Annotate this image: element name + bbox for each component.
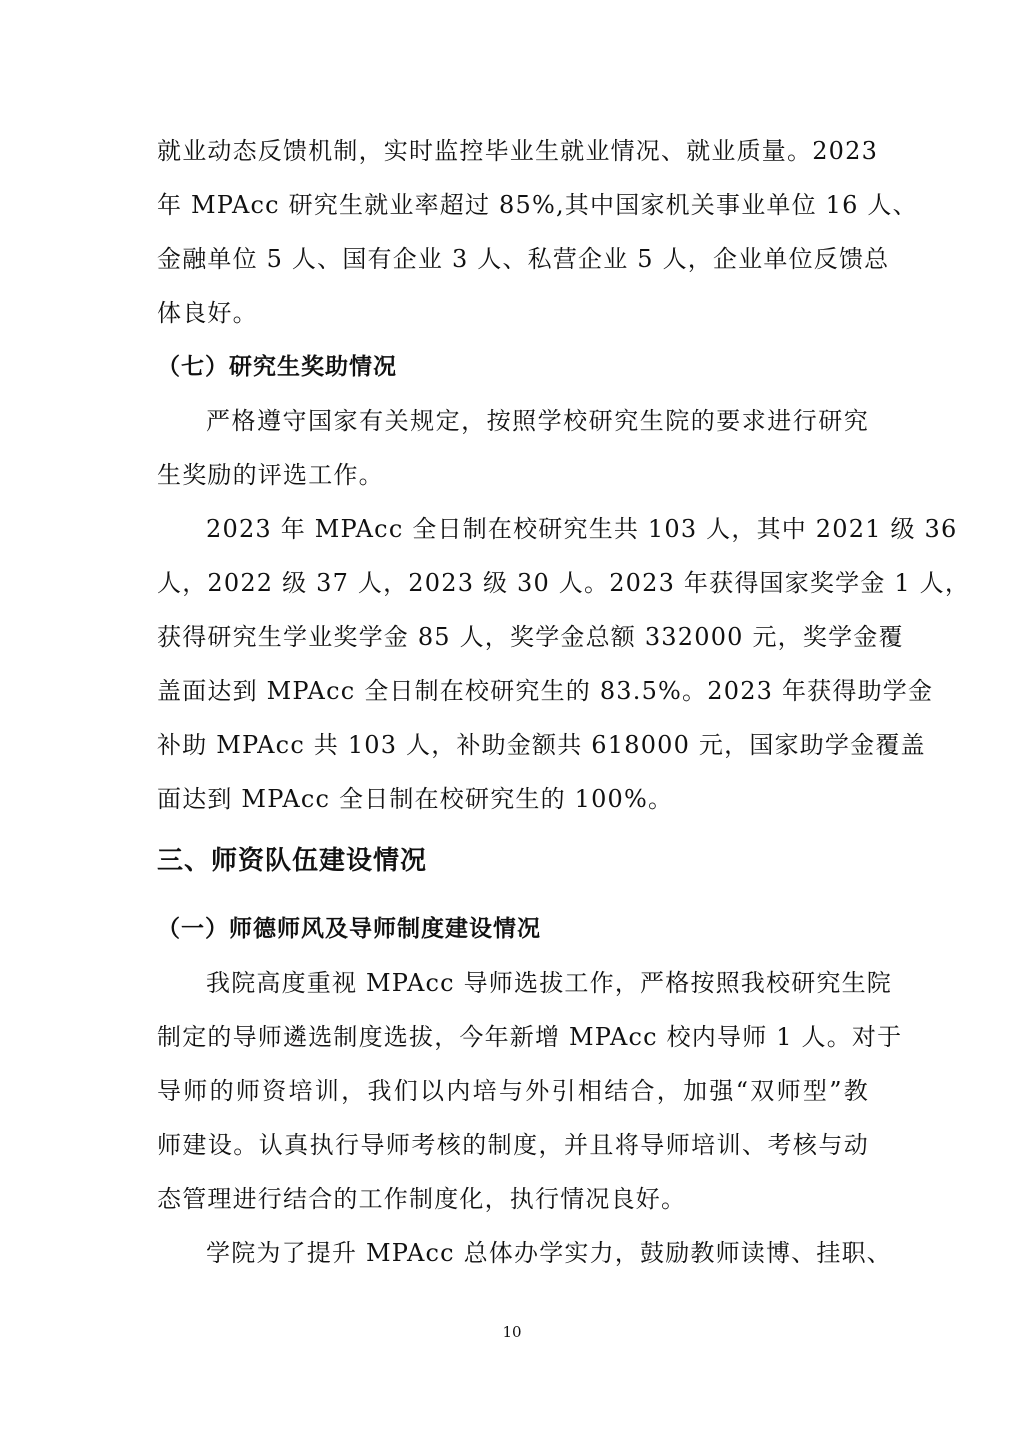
paragraph-line: 体良好。 <box>157 298 869 328</box>
paragraph-line: 制定的导师遴选制度选拔，今年新增 MPAcc 校内导师 1 人。对于 <box>157 1022 869 1052</box>
paragraph-line: 严格遵守国家有关规定，按照学校研究生院的要求进行研究 <box>206 406 869 436</box>
paragraph-line: 人，2022 级 37 人，2023 级 30 人。2023 年获得国家奖学金 … <box>157 568 869 598</box>
paragraph-line: 我院高度重视 MPAcc 导师选拔工作，严格按照我校研究生院 <box>206 968 869 998</box>
subsection-heading: （一）师德师风及导师制度建设情况 <box>157 914 541 944</box>
paragraph-line: 获得研究生学业奖学金 85 人，奖学金总额 332000 元，奖学金覆 <box>157 622 869 652</box>
paragraph-line: 面达到 MPAcc 全日制在校研究生的 100%。 <box>157 784 869 814</box>
paragraph-line: 师建设。认真执行导师考核的制度，并且将导师培训、考核与动 <box>157 1130 869 1160</box>
subsection-heading: （七）研究生奖助情况 <box>157 352 397 382</box>
paragraph-line: 2023 年 MPAcc 全日制在校研究生共 103 人，其中 2021 级 3… <box>206 514 869 544</box>
paragraph-line: 盖面达到 MPAcc 全日制在校研究生的 83.5%。2023 年获得助学金 <box>157 676 869 706</box>
paragraph-line: 金融单位 5 人、国有企业 3 人、私营企业 5 人，企业单位反馈总 <box>157 244 869 274</box>
paragraph-line: 生奖励的评选工作。 <box>157 460 869 490</box>
paragraph-line: 年 MPAcc 研究生就业率超过 85%,其中国家机关事业单位 16 人、 <box>157 190 869 220</box>
document-page: 就业动态反馈机制，实时监控毕业生就业情况、就业质量。2023 年 MPAcc 研… <box>0 0 1024 1448</box>
paragraph-line: 学院为了提升 MPAcc 总体办学实力，鼓励教师读博、挂职、 <box>206 1238 869 1268</box>
section-title: 三、师资队伍建设情况 <box>157 844 427 878</box>
paragraph-line: 补助 MPAcc 共 103 人，补助金额共 618000 元，国家助学金覆盖 <box>157 730 869 760</box>
paragraph-line: 态管理进行结合的工作制度化，执行情况良好。 <box>157 1184 869 1214</box>
page-number: 10 <box>0 1322 1024 1342</box>
paragraph-line: 导师的师资培训，我们以内培与外引相结合，加强“双师型”教 <box>157 1076 869 1106</box>
paragraph-line: 就业动态反馈机制，实时监控毕业生就业情况、就业质量。2023 <box>157 136 869 166</box>
